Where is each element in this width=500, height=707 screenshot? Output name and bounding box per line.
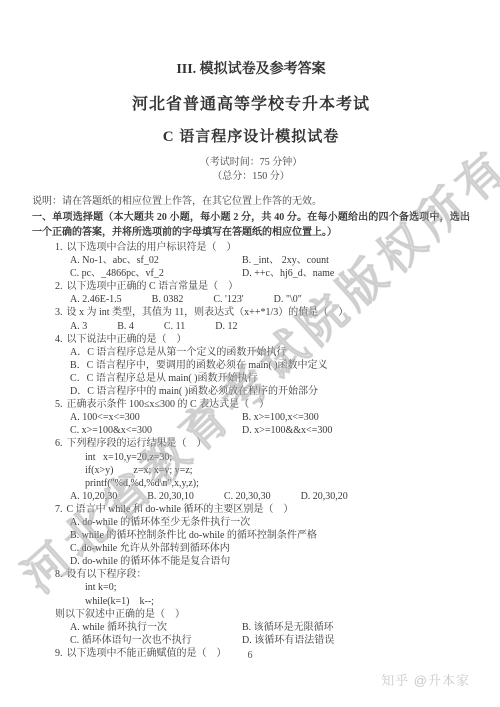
option-row: A. 10,20,30B. 20,30,10C. 20,30,30D. 20,3… — [70, 490, 470, 503]
option: D. 20,30,20 — [301, 490, 348, 503]
option: D. 12 — [215, 320, 237, 333]
question-number: 3. — [55, 307, 63, 318]
option: C. x>=100&x<=300 — [70, 424, 242, 437]
total-score: （总分：150 分） — [32, 170, 470, 184]
option: D. ++c、hj6_d、name — [242, 267, 470, 280]
option-row: A. while 循环执行一次B. 该循环是无限循环 — [70, 621, 470, 634]
question-text: 设 x 为 int 类型，其值为 11，则表达式（x++*1/3）的值是（ ） — [67, 307, 349, 318]
option: C. pc、_4866pc、vf_2 — [70, 267, 242, 280]
option-row: A. 2.46E-1.5B. 0382C. '123'D. "\0" — [70, 293, 470, 306]
question-text: 以下选项中正确的 C 语言常量是（ ） — [67, 281, 239, 292]
question-stem: 2.以下选项中正确的 C 语言常量是（ ） — [55, 280, 470, 293]
question: 4.以下说法中正确的是（ ）A．C 语言程序总是从第一个定义的函数开始执行B．C… — [32, 333, 470, 398]
option: B. 4 — [117, 320, 134, 333]
option: C. '123' — [213, 293, 243, 306]
question-stem: 4.以下说法中正确的是（ ） — [55, 333, 470, 346]
exam-title: 河北省普通高等学校专升本考试 — [32, 91, 470, 114]
question-text: 以下说法中正确的是（ ） — [67, 334, 187, 345]
question-number: 2. — [55, 281, 63, 292]
code-line: int x=10,y=20,z=30; — [85, 451, 470, 464]
option: A. 10,20,30 — [70, 490, 117, 503]
question-stem: 6.下列程序段的运行结果是（ ） — [55, 437, 470, 450]
question: 5.正确表示条件 100≤x≤300 的 C 表达式是（ ）A. 100<=x<… — [32, 398, 470, 437]
code-line: while(k=1) k--; — [85, 595, 470, 608]
option: D. "\0" — [274, 293, 302, 306]
page-number: 6 — [0, 650, 500, 661]
option: C. do-while 允许从外部转到循环体内 — [70, 542, 470, 555]
option-row: C. x>=100&x<=300D. x>=100&&x<=300 — [70, 424, 470, 437]
question-text: 正确表示条件 100≤x≤300 的 C 表达式是（ ） — [67, 399, 270, 410]
question-number: 7. — [55, 504, 63, 515]
question: 8.设有以下程序段：int k=0;while(k=1) k--;则以下叙述中正… — [32, 568, 470, 647]
option: A. 2.46E-1.5 — [70, 293, 122, 306]
question: 6.下列程序段的运行结果是（ ）int x=10,y=20,z=30;if(x>… — [32, 437, 470, 502]
option: A. while 循环执行一次 — [70, 621, 242, 634]
question-number: 6. — [55, 438, 63, 449]
option: B．C 语言程序中，要调用的函数必须在 main( )函数中定义 — [70, 359, 470, 372]
questions-list: 1.以下选项中合法的用户标识符是（ ）A. No-1、abc、sf_02B. _… — [32, 241, 470, 660]
exam-time: （考试时间：75 分钟） — [32, 156, 470, 170]
question-stem: 8.设有以下程序段： — [55, 568, 470, 581]
question: 2.以下选项中正确的 C 语言常量是（ ）A. 2.46E-1.5B. 0382… — [32, 280, 470, 306]
option: B. 20,30,10 — [147, 490, 194, 503]
option: D. x>=100&&x<=300 — [242, 424, 470, 437]
question-text: 下列程序段的运行结果是（ ） — [67, 438, 207, 449]
option: C. 11 — [164, 320, 185, 333]
code-line: if(x>y) z=x; x=y; y=z; — [85, 464, 470, 477]
question-text: 设有以下程序段： — [67, 569, 147, 580]
option-row: A. 100<=x<=300B. x>=100,x<=300 — [70, 411, 470, 424]
document-heading: III. 模拟试卷及参考答案 — [32, 58, 470, 78]
option: D．C 语言程序中的 main( )函数必须放在程序的开始部分 — [70, 385, 470, 398]
question-stem: 3.设 x 为 int 类型，其值为 11，则表达式（x++*1/3）的值是（ … — [55, 306, 470, 319]
question: 1.以下选项中合法的用户标识符是（ ）A. No-1、abc、sf_02B. _… — [32, 241, 470, 280]
option: A. 100<=x<=300 — [70, 411, 242, 424]
question-number: 1. — [55, 242, 63, 253]
question-number: 5. — [55, 399, 63, 410]
option: D. do-while 的循环体不能是复合语句 — [70, 555, 470, 568]
zhihu-watermark: 知乎 @升本家 — [381, 670, 470, 689]
option: A. No-1、abc、sf_02 — [70, 254, 242, 267]
option: B. _int、 2xy、count — [242, 254, 470, 267]
option: B. while 的循环控制条件比 do-while 的循环控制条件严格 — [70, 529, 470, 542]
option: C. 循环体语句一次也不执行 — [70, 634, 242, 647]
question-text: 以下选项中合法的用户标识符是（ ） — [67, 242, 237, 253]
question-post-text: 则以下叙述中正确的是（ ） — [55, 608, 470, 621]
question-number: 4. — [55, 334, 63, 345]
option: A．C 语言程序总是从第一个定义的函数开始执行 — [70, 346, 470, 359]
option: C. 20,30,30 — [224, 490, 271, 503]
option: B. x>=100,x<=300 — [242, 411, 470, 424]
question-number: 8. — [55, 569, 63, 580]
question-stem: 1.以下选项中合法的用户标识符是（ ） — [55, 241, 470, 254]
option-row: C. pc、_4866pc、vf_2D. ++c、hj6_d、name — [70, 267, 470, 280]
option-row: A. 3B. 4C. 11D. 12 — [70, 320, 470, 333]
paper-title: C 语言程序设计模拟试卷 — [32, 125, 470, 146]
option: B. 0382 — [152, 293, 184, 306]
question: 3.设 x 为 int 类型，其值为 11，则表达式（x++*1/3）的值是（ … — [32, 306, 470, 332]
option: D. 该循环有语法错误 — [242, 634, 470, 647]
answer-instructions: 说明：请在答题纸的相应位置上作答，在其它位置上作答的无效。 — [32, 195, 470, 208]
code-line: int k=0; — [85, 581, 470, 594]
exam-page: 河北省教育考试院版权所有 III. 模拟试卷及参考答案 河北省普通高等学校专升本… — [0, 0, 500, 707]
question-stem: 5.正确表示条件 100≤x≤300 的 C 表达式是（ ） — [55, 398, 470, 411]
question-text: C 语言中 while 和 do-while 循环的主要区别是（ ） — [67, 504, 294, 515]
code-line: printf("%d,%d,%d\n",x,y,z); — [85, 477, 470, 490]
option-row: A. No-1、abc、sf_02B. _int、 2xy、count — [70, 254, 470, 267]
option: A. 3 — [70, 320, 87, 333]
question-stem: 7.C 语言中 while 和 do-while 循环的主要区别是（ ） — [55, 503, 470, 516]
question: 7.C 语言中 while 和 do-while 循环的主要区别是（ ）A. d… — [32, 503, 470, 568]
option: C．C 语言程序总是从 main( )函数开始执行 — [70, 372, 470, 385]
option: A. do-while 的循环体至少无条件执行一次 — [70, 516, 470, 529]
section-title: 一、单项选择题（本大题共 20 小题，每小题 2 分，共 40 分。在每小题给出… — [32, 211, 470, 240]
option-row: C. 循环体语句一次也不执行D. 该循环有语法错误 — [70, 634, 470, 647]
option: B. 该循环是无限循环 — [242, 621, 470, 634]
